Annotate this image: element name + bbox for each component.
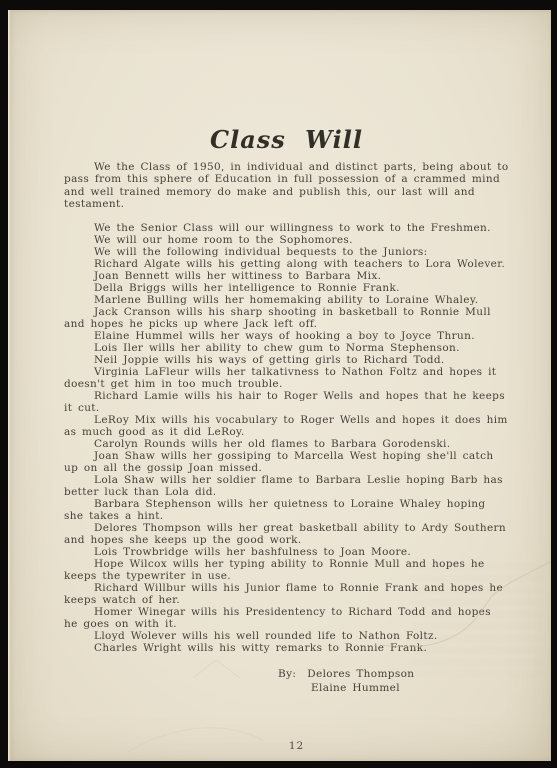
bequest-line: Lois Trowbridge wills her bashfulness to… — [64, 546, 509, 558]
bequest-line: Jack Cranson wills his sharp shooting in… — [64, 306, 509, 330]
signer-name-1: Delores Thompson — [307, 668, 414, 680]
bequest-line: Richard Lamie wills his hair to Roger We… — [64, 390, 509, 414]
bequest-line: Richard Algate wills his getting along w… — [64, 258, 509, 270]
bequest-line: LeRoy Mix wills his vocabulary to Roger … — [64, 414, 509, 438]
signature-block: By:Delores Thompson Elaine Hummel — [278, 667, 509, 695]
bequest-line: Carolyn Rounds wills her old flames to B… — [64, 438, 509, 450]
bequest-line: Lloyd Wolever wills his well rounded lif… — [64, 630, 509, 642]
bequest-line: We will our home room to the Sophomores. — [64, 234, 509, 246]
signature-line-1: By:Delores Thompson — [278, 667, 509, 681]
yearbook-page: Class Will We the Class of 1950, in indi… — [8, 10, 551, 761]
bequest-line: Marlene Bulling wills her homemaking abi… — [64, 294, 509, 306]
bequest-line: Virginia LaFleur wills her talkativness … — [64, 366, 509, 390]
signer-name-2: Elaine Hummel — [311, 681, 509, 695]
bequest-line: Barbara Stephenson wills her quietness t… — [64, 498, 509, 522]
page-content: Class Will We the Class of 1950, in indi… — [8, 10, 551, 695]
bequest-line: Homer Winegar wills his Presidentency to… — [64, 606, 509, 630]
bequest-line: Delores Thompson wills her great basketb… — [64, 522, 509, 546]
page-title: Class Will — [64, 128, 509, 152]
bequest-line: We will the following individual bequest… — [64, 246, 509, 258]
scanned-page-frame: Class Will We the Class of 1950, in indi… — [0, 0, 557, 768]
bequest-line: Neil Joppie wills his ways of getting gi… — [64, 354, 509, 366]
bequest-line: Lois Iler wills her ability to chew gum … — [64, 342, 509, 354]
bequest-line: Charles Wright wills his witty remarks t… — [64, 642, 509, 654]
bequest-line: Hope Wilcox wills her typing ability to … — [64, 558, 509, 582]
page-number: 12 — [289, 740, 304, 752]
bequest-line: Della Briggs wills her intelligence to R… — [64, 282, 509, 294]
bequest-line: Joan Bennett wills her wittiness to Barb… — [64, 270, 509, 282]
by-label: By: — [278, 668, 296, 680]
bequest-line: Elaine Hummel wills her ways of hooking … — [64, 330, 509, 342]
bequest-line: Lola Shaw wills her soldier flame to Bar… — [64, 474, 509, 498]
bequest-line: Joan Shaw wills her gossiping to Marcell… — [64, 450, 509, 474]
intro-paragraph: We the Class of 1950, in individual and … — [64, 161, 509, 211]
bequest-list: We the Senior Class will our willingness… — [64, 222, 509, 654]
bequest-line: Richard Willbur wills his Junior flame t… — [64, 582, 509, 606]
bequest-line: We the Senior Class will our willingness… — [64, 222, 509, 234]
